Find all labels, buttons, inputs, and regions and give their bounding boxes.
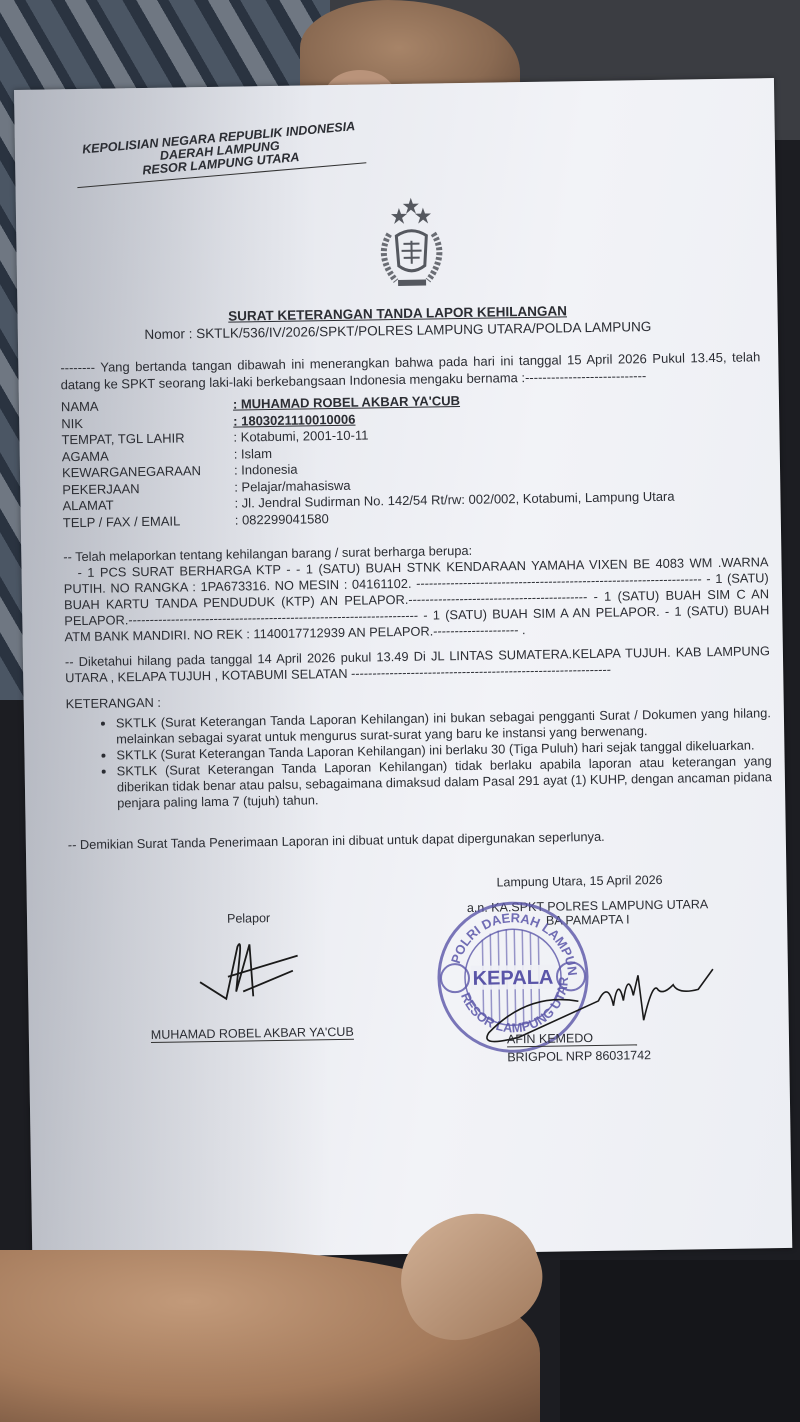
- report-document: KEPOLISIAN NEGARA REPUBLIK INDONESIA DAE…: [14, 78, 792, 1260]
- notes-section: KETERANGAN : SKTLK (Surat Keterangan Tan…: [66, 685, 773, 812]
- police-emblem-icon: [361, 195, 463, 297]
- officer-nrp: BRIGPOL NRP 86031742: [507, 1048, 651, 1064]
- field-value: : Kotabumi, 2001-10-11: [231, 427, 368, 446]
- field-value: : Indonesia: [232, 462, 298, 480]
- lost-items-list: - 1 PCS SURAT BERHARGA KTP - - 1 (SATU) …: [63, 554, 769, 645]
- intro-paragraph: -------- Yang bertanda tangan dibawah in…: [60, 348, 760, 393]
- field-value: : 1803021110010006: [231, 411, 355, 429]
- field-value: : 082299041580: [233, 511, 329, 529]
- letterhead: KEPOLISIAN NEGARA REPUBLIK INDONESIA DAE…: [74, 119, 367, 188]
- reporter-signature: [197, 935, 308, 1007]
- shirt-print: [2, 10, 28, 42]
- officer-signature: [458, 949, 719, 1043]
- note-item: SKTLK (Surat Keterangan Tanda Laporan Ke…: [117, 753, 773, 811]
- reporter-label: Pelapor: [227, 911, 270, 926]
- field-value: : Pelajar/mahasiswa: [232, 477, 351, 495]
- field-value: : Islam: [232, 445, 273, 462]
- reporter-name: MUHAMAD ROBEL AKBAR YA'CUB: [151, 1025, 354, 1043]
- field-label: TELP / FAX / EMAIL: [63, 512, 233, 531]
- lost-location: -- Diketahui hilang pada tanggal 14 Apri…: [65, 643, 770, 686]
- place-date: Lampung Utara, 15 April 2026: [496, 873, 662, 890]
- closing-statement: -- Demikian Surat Tanda Penerimaan Lapor…: [68, 829, 605, 852]
- officer-name: AFIN KEMEDO: [507, 1030, 637, 1047]
- background-bag: [560, 1260, 800, 1422]
- lost-items-section: -- Telah melaporkan tentang kehilangan b…: [63, 538, 769, 645]
- reporter-identity: NAMA: MUHAMAD ROBEL AKBAR YA'CUBNIK: 180…: [61, 390, 675, 532]
